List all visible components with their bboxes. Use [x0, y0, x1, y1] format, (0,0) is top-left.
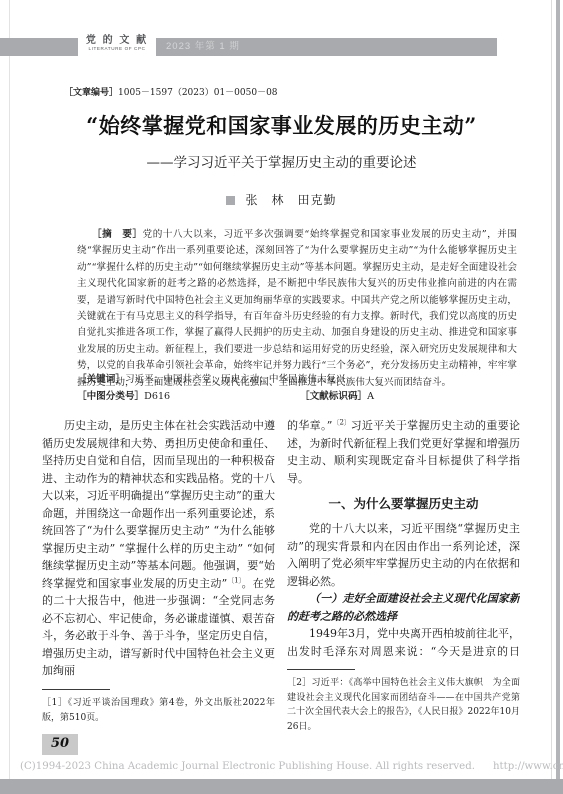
left-column: 历史主动，是历史主体在社会实践活动中遵循历史发展规律和大势、勇担历史使命和重任、… — [42, 417, 275, 755]
journal-issue: 2023 年第 1 期 — [166, 38, 240, 56]
journal-name-en: LITERATURE OF CPC — [88, 46, 145, 52]
left-paragraph-text-a: 历史主动，是历史主体在社会实践活动中遵循历史发展规律和大势、勇担历史使命和重任、… — [42, 419, 275, 590]
right-paragraph-1: 党的十八大以来，习近平围绕“掌握历史主动”的现实背景和内在因由作出一系列论述，深… — [287, 520, 520, 590]
left-column-body: 历史主动，是历史主体在社会实践活动中遵循历史发展规律和大势、勇担历史使命和重任、… — [42, 417, 275, 680]
footnote-divider-right — [287, 669, 355, 670]
left-paragraph-text-b: 。在党的二十大报告中，他进一步强调：“全党同志务必不忘初心、牢记使命，务必谦虚谨… — [42, 577, 275, 678]
right-paragraph-block-2: 1949年3月，党中央离开西柏坡前往北平，出发时毛泽东对周恩来说：“今天是进京的… — [287, 625, 520, 660]
citation-marker-2: 〔2〕 — [332, 418, 350, 426]
classification-line: ［中图分类号］D616 ［文献标识码］A — [77, 388, 517, 402]
right-paragraph-block-1: 党的十八大以来，习近平围绕“掌握历史主动”的现实背景和内在因由作出一系列论述，深… — [287, 520, 520, 590]
clc-value: D616 — [144, 391, 170, 402]
right-paragraph-2: 1949年3月，党中央离开西柏坡前往北平，出发时毛泽东对周恩来说：“今天是进京的… — [287, 625, 520, 660]
article-number-label: ［文章编号］ — [64, 88, 118, 98]
footnote-divider-left — [42, 689, 110, 690]
subsection-heading-block: （一）走好全面建设社会主义现代化国家新的赶考之路的必然选择 — [287, 590, 520, 625]
doc-code-field: ［文献标识码］A — [300, 388, 374, 402]
left-paragraph: 历史主动，是历史主体在社会实践活动中遵循历史发展规律和大势、勇担历史使命和重任、… — [42, 417, 275, 680]
abstract-text: 党的十八大以来，习近平多次强调要“始终掌握党和国家事业发展的历史主动”，并围绕“… — [77, 229, 517, 388]
keywords-label: ［关键词］ — [77, 374, 125, 385]
article-subtitle: ——学习习近平关于掌握历史主动的重要论述 — [0, 151, 563, 171]
copyright-line: (C)1994-2023 China Academic Journal Elec… — [20, 761, 540, 772]
article-title: “始终掌握党和国家事业发展的历史主动” — [0, 110, 563, 140]
citation-marker-1: 〔1〕 — [227, 576, 241, 584]
section-heading-1: 一、为什么要掌握历史主动 — [287, 496, 520, 513]
journal-name-cn: 党 的 文 献 — [86, 35, 148, 46]
clc-field: ［中图分类号］D616 — [77, 391, 170, 402]
keywords-line: ［关键词］习近平；中国共产党；历史主动；中华民族伟大复兴 — [77, 371, 517, 385]
abstract-label: ［摘 要］ — [92, 229, 143, 240]
cnki-url: http://www.cnki.net — [493, 761, 563, 772]
footnote-2: ［2］习近平：《高举中国特色社会主义伟大旗帜 为全面建设社会主义现代化国家而团结… — [287, 676, 520, 734]
right-column: 的华章。”〔2〕习近平关于掌握历史主动的重要论述，为新时代新征程上我们党更好掌握… — [287, 417, 520, 734]
abstract: ［摘 要］党的十八大以来，习近平多次强调要“始终掌握党和国家事业发展的历史主动”… — [77, 227, 517, 391]
article-number-value: 1005－1597（2023）01－0050－08 — [118, 88, 278, 98]
bottom-gray-strip — [0, 779, 563, 794]
right-continuation-paragraph: 的华章。”〔2〕习近平关于掌握历史主动的重要论述，为新时代新征程上我们党更好掌握… — [287, 417, 520, 487]
paper-page: 党 的 文 献 LITERATURE OF CPC 2023 年第 1 期 ［文… — [0, 0, 563, 794]
article-number: ［文章编号］1005－1597（2023）01－0050－08 — [64, 85, 278, 98]
clc-label: ［中图分类号］ — [77, 391, 144, 402]
page-number: 50 — [42, 734, 78, 755]
subsection-heading-1: （一）走好全面建设社会主义现代化国家新的赶考之路的必然选择 — [287, 590, 520, 625]
journal-masthead-bar — [0, 38, 497, 56]
right-cont-text-a: 的华章。” — [287, 419, 332, 432]
copyright-text: (C)1994-2023 China Academic Journal Elec… — [20, 761, 475, 772]
footnote-1: ［1］《习近平谈治国理政》第4卷，外文出版社2022年版，第510页。 — [42, 696, 275, 725]
author-names: 张 林 田克勤 — [245, 193, 336, 207]
doc-code-value: A — [367, 391, 374, 402]
doc-code-label: ［文献标识码］ — [300, 391, 367, 402]
keywords-text: 习近平；中国共产党；历史主动；中华民族伟大复兴 — [125, 374, 346, 385]
author-marker-square — [226, 196, 235, 205]
right-continuation-block: 的华章。”〔2〕习近平关于掌握历史主动的重要论述，为新时代新征程上我们党更好掌握… — [287, 417, 520, 487]
authors-line: 张 林 田克勤 — [0, 191, 563, 208]
journal-logo: 党 的 文 献 LITERATURE OF CPC — [78, 30, 156, 57]
